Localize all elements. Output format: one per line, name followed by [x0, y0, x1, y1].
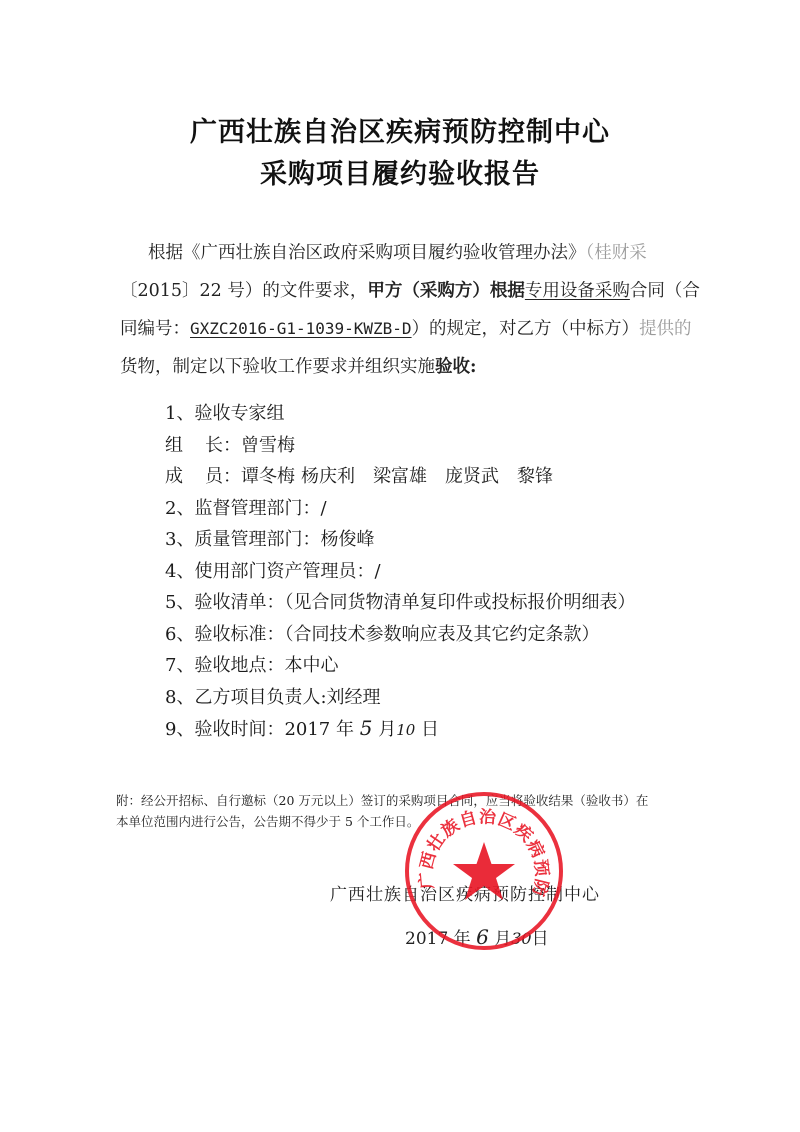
- members-label: 成: [165, 466, 183, 487]
- acceptance-day-handwritten: 10: [396, 721, 415, 739]
- title-organization: 广西壮族自治区疾病预防控制中心: [0, 110, 800, 149]
- member-name: 梁富雄: [373, 461, 427, 493]
- leader-label: 组: [165, 435, 183, 456]
- title-report: 采购项目履约验收报告: [0, 152, 800, 191]
- signing-date: 2017 年 6 月30日: [405, 924, 549, 949]
- signing-day-handwritten: 30: [511, 929, 531, 948]
- contract-type: 专用设备采购: [525, 281, 630, 301]
- item-asset-manager: 4、使用部门资产管理员：/: [165, 556, 635, 588]
- footnote-line: 附：经公开招标、自行邀标（20 万元以上）签订的采购项目合同，应当将验收结果（验…: [116, 790, 716, 811]
- intro-text: 提供的: [639, 319, 692, 339]
- item-leader: 组长：曾雪梅: [165, 430, 635, 462]
- intro-text: 〔2015〕22 号）的文件要求，: [120, 281, 367, 301]
- footnote-line: 本单位范围内进行公告，公告期不得少于 5 个工作日。: [116, 811, 716, 832]
- item-acceptance-location: 7、验收地点：本中心: [165, 650, 635, 682]
- intro-text: 同编号：: [120, 319, 190, 339]
- day-unit: 日: [421, 719, 439, 740]
- item-expert-group: 1、验收专家组: [165, 398, 635, 430]
- member-name: 黎锋: [517, 461, 553, 493]
- intro-text: 根据《广西壮族自治区政府采购项目履约验收管理办法》: [148, 243, 586, 263]
- intro-paragraph: 根据《广西壮族自治区政府采购项目履约验收管理办法》（桂财采 〔2015〕22 号…: [120, 234, 720, 386]
- month-unit: 月: [378, 719, 396, 740]
- signing-month-handwritten: 6: [476, 925, 489, 949]
- acceptance-date-prefix: 9、验收时间：2017 年: [165, 719, 354, 740]
- member-name: 杨庆利: [301, 461, 355, 493]
- members-label: 员：: [205, 466, 241, 487]
- leader-label: 长：: [205, 435, 241, 456]
- intro-text: 货物，制定以下验收工作要求并组织实施: [120, 357, 435, 377]
- intro-text: 甲方（采购方）根据: [367, 281, 525, 301]
- acceptance-month-handwritten: 5: [360, 716, 373, 740]
- item-acceptance-list: 5、验收清单：（见合同货物清单复印件或投标报价明细表）: [165, 587, 635, 619]
- intro-text: 合同（合: [630, 281, 700, 301]
- footnote: 附：经公开招标、自行邀标（20 万元以上）签订的采购项目合同，应当将验收结果（验…: [116, 790, 716, 832]
- intro-text: 验收:: [435, 357, 476, 377]
- signing-organization: 广西壮族自治区疾病预防控制中心: [330, 880, 600, 905]
- day-unit: 日: [532, 929, 549, 949]
- item-acceptance-time: 9、验收时间：2017 年 5 月10 日: [165, 713, 635, 745]
- member-name: 谭冬梅: [241, 461, 295, 493]
- intro-text: ）的规定，对乙方（中标方）: [412, 319, 640, 339]
- member-name: 庞贤武: [445, 461, 499, 493]
- item-quality-dept: 3、质量管理部门：杨俊峰: [165, 524, 635, 556]
- document-page: 广西壮族自治区疾病预防控制中心 采购项目履约验收报告 根据《广西壮族自治区政府采…: [0, 0, 800, 1132]
- contract-number: GXZC2016-G1-1039-KWZB-D: [190, 319, 412, 338]
- month-unit: 月: [494, 929, 511, 949]
- signing-date-prefix: 2017 年: [405, 929, 471, 949]
- item-supervision-dept: 2、监督管理部门：/: [165, 493, 635, 525]
- item-vendor-contact: 8、乙方项目负责人:刘经理: [165, 682, 635, 714]
- item-members: 成员：谭冬梅杨庆利梁富雄庞贤武黎锋: [165, 461, 635, 493]
- leader-name: 曾雪梅: [241, 435, 295, 456]
- item-acceptance-standard: 6、验收标准：（合同技术参数响应表及其它约定条款）: [165, 619, 635, 651]
- acceptance-items: 1、验收专家组 组长：曾雪梅 成员：谭冬梅杨庆利梁富雄庞贤武黎锋 2、监督管理部…: [165, 398, 635, 745]
- intro-text: （桂财采: [586, 243, 647, 263]
